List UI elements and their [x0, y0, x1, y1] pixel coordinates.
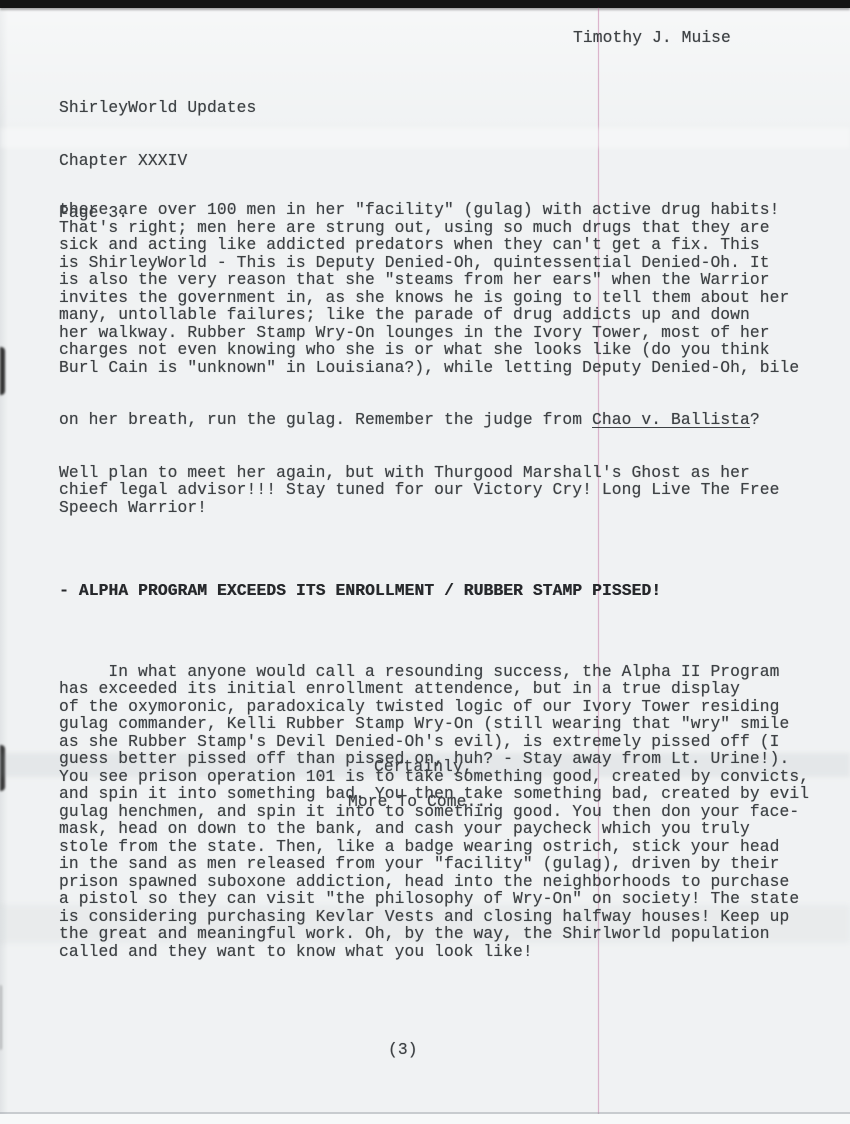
- left-edge-scan-mark: [0, 347, 5, 395]
- scanner-edge-top: [0, 0, 850, 8]
- case-line-prefix: on her breath, run the gulag. Remember t…: [59, 410, 592, 429]
- paragraph-1-part-a: there are over 100 men in her "facility"…: [59, 201, 819, 376]
- document-author: Timothy J. Muise: [573, 29, 731, 47]
- case-line-suffix: ?: [750, 410, 760, 429]
- document-title: ShirleyWorld Updates: [59, 99, 810, 117]
- paragraph-1-part-b: Well plan to meet her again, but with Th…: [59, 464, 819, 517]
- left-edge-scan-mark: [0, 985, 2, 1050]
- document-body: there are over 100 men in her "facility"…: [59, 166, 819, 995]
- paragraph-2: In what anyone would call a resounding s…: [59, 663, 819, 961]
- left-edge-scan-mark: [0, 745, 5, 791]
- scanned-document-page: ShirleyWorld Updates Chapter XXXIV Page …: [0, 0, 850, 1124]
- section-heading: - ALPHA PROGRAM EXCEEDS ITS ENROLLMENT /…: [59, 582, 819, 600]
- closing-word: Certainly,: [374, 758, 473, 776]
- paragraph-1-case-line: on her breath, run the gulag. Remember t…: [59, 411, 819, 429]
- page-number: (3): [388, 1041, 418, 1059]
- scanner-edge-bottom: [0, 1114, 850, 1124]
- more-to-come-line: More To Come...: [348, 793, 496, 811]
- case-citation: Chao v. Ballista: [592, 410, 750, 429]
